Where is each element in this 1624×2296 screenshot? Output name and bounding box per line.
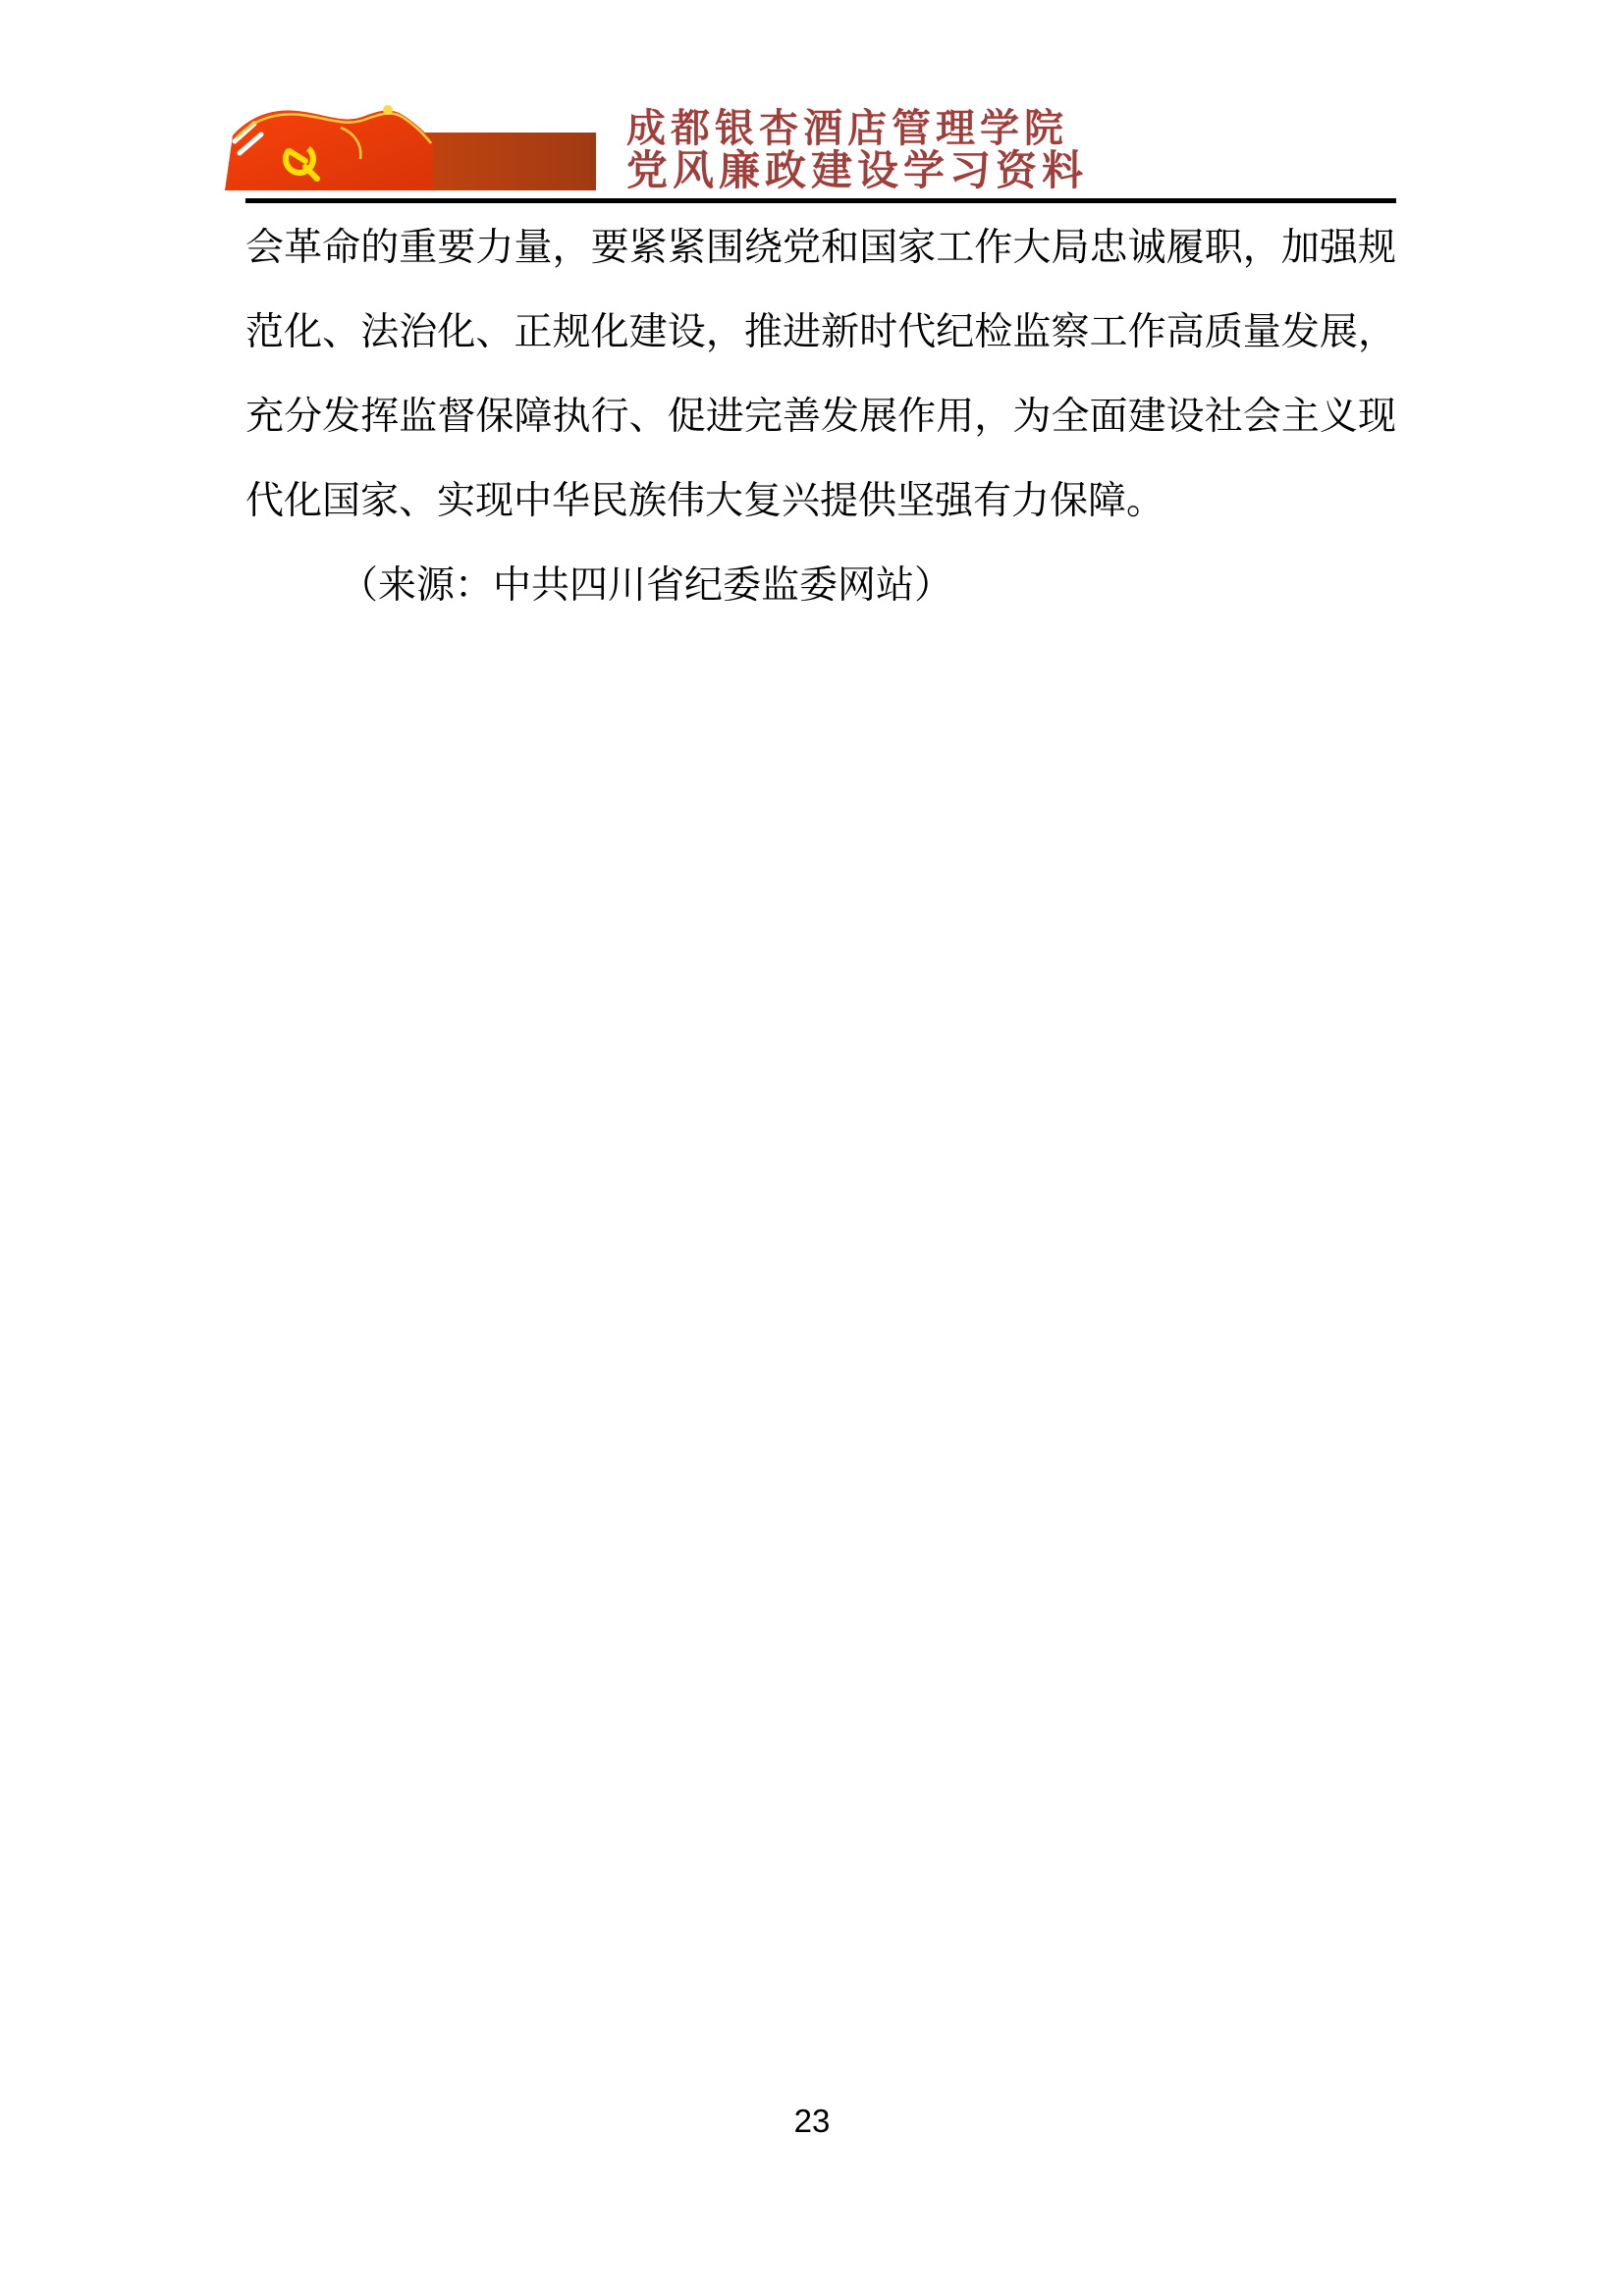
body-line-4: 代化国家、实现中华民族伟大复兴提供坚强有力保障。 (245, 459, 1396, 544)
page-number: 23 (0, 2103, 1624, 2140)
institution-title: 成都银杏酒店管理学院 (626, 106, 1088, 151)
flag-tip-flame (383, 105, 393, 115)
body-line-2: 范化、法治化、正规化建设，推进新时代纪检监察工作高质量发展， (245, 291, 1396, 375)
document-page: 成都银杏酒店管理学院 党风廉政建设学习资料 会革命的重要力量，要紧紧围绕党和国家… (0, 0, 1624, 2296)
document-subtitle: 党风廉政建设学习资料 (626, 151, 1088, 192)
header-rule (245, 198, 1396, 203)
party-flag-logo-icon (223, 104, 596, 190)
body-line-1: 会革命的重要力量，要紧紧围绕党和国家工作大局忠诚履职，加强规 (245, 206, 1396, 291)
banner-dark-block (417, 133, 596, 190)
body-line-3: 充分发挥监督保障执行、促进完善发展作用，为全面建设社会主义现 (245, 375, 1396, 459)
source-attribution: （来源：中共四川省纪委监委网站） (245, 544, 1396, 628)
body-paragraph: 会革命的重要力量，要紧紧围绕党和国家工作大局忠诚履职，加强规 范化、法治化、正规… (245, 206, 1396, 628)
header-title-block: 成都银杏酒店管理学院 党风廉政建设学习资料 (626, 106, 1088, 192)
